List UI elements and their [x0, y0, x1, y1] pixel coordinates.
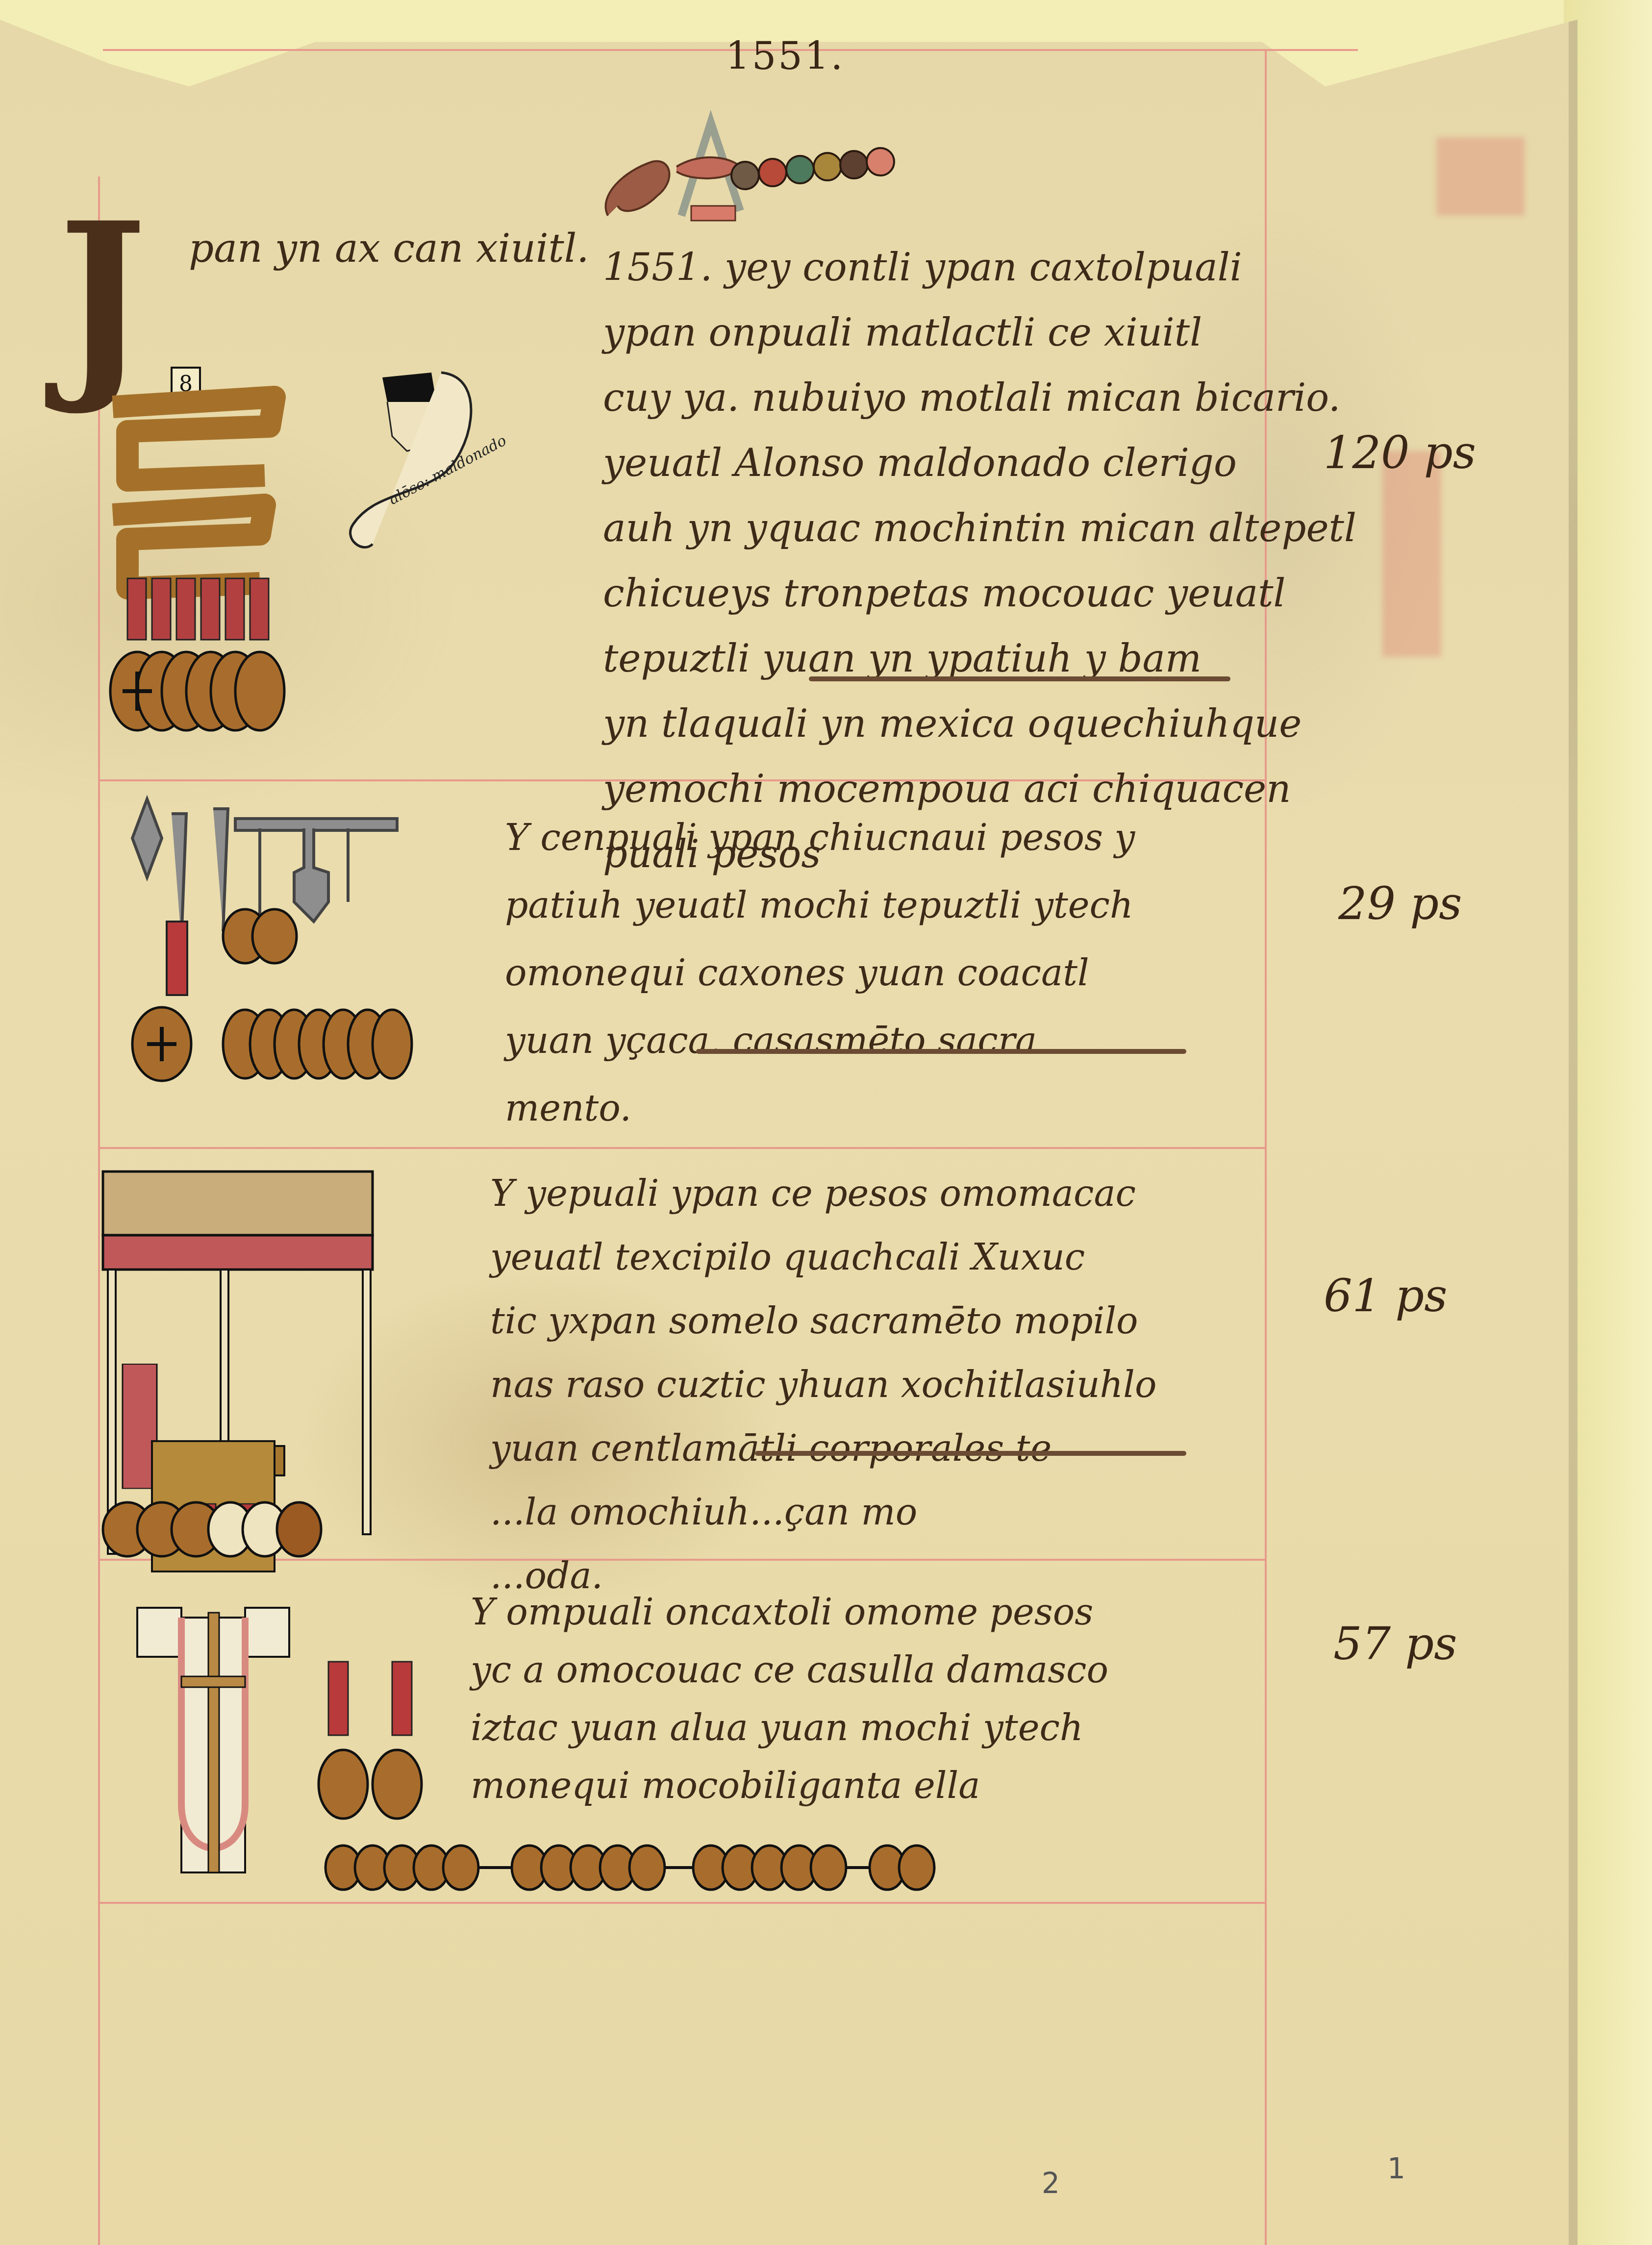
intro-line: pan yn ax can xiuitl. [189, 225, 589, 271]
text-line: tic yxpan somelo sacramēto mopilo [490, 1289, 1156, 1353]
entry-4-amount: 57 ps [1333, 1618, 1457, 1670]
text-line: 1551. yey contli ypan caxtolpuali [603, 235, 1356, 300]
entry-3-text: Y yepuali ypan ce pesos omomacac yeuatl … [490, 1162, 1156, 1608]
bleed-through-stain [1436, 137, 1525, 216]
text-line: nas raso cuztic yhuan xochitlasiuhlo [490, 1353, 1156, 1417]
text-line: Y yepuali ypan ce pesos omomacac [490, 1162, 1156, 1225]
text-line: ...la omochiuh...çan mo [490, 1480, 1156, 1544]
text-line: yuan yçaca. casasmēto sacra [505, 1007, 1135, 1074]
entry-3-underline [755, 1451, 1186, 1456]
text-line: mento. [505, 1074, 1135, 1142]
text-line: cuy ya. nubuiyo motlali mican bicario. [603, 366, 1356, 431]
text-line: yeuatl texcipilo quachcali Xuxuc [490, 1225, 1156, 1289]
text-line: ypan onpuali matlactli ce xiuitl [603, 300, 1356, 366]
year-sign-glyph-icon [593, 88, 858, 250]
entry-1-text: 1551. yey contli ypan caxtolpuali ypan o… [603, 235, 1356, 887]
entry-3-pictograph [98, 1167, 412, 1559]
text-line: yuan centlamātli corporales te [490, 1417, 1156, 1480]
text-line: patiuh yeuatl mochi tepuztli ytech [505, 872, 1135, 939]
entry-4-pictograph [123, 1598, 1201, 1902]
text-line: auh yn yquac mochintin mican altepetl [603, 496, 1356, 561]
year-heading: 1551. [726, 34, 845, 78]
entry-1-underline [809, 676, 1230, 681]
text-line: yeuatl Alonso maldonado clerigo [603, 431, 1356, 496]
text-line: omonequi caxones yuan coacatl [505, 939, 1135, 1007]
ruling-entry-divider [98, 1147, 1265, 1149]
folio-number: 1 [1387, 2152, 1405, 2185]
folio-number: 2 [1042, 2167, 1060, 2200]
entry-3-amount: 61 ps [1324, 1270, 1447, 1322]
text-line: tepuztli yuan yn ypatiuh y bam [603, 626, 1356, 692]
text-line: Y cenpuali ypan chiucnaui pesos y [505, 804, 1135, 872]
entry-2-text: Y cenpuali ypan chiucnaui pesos y patiuh… [505, 804, 1135, 1142]
entry-1-amount: 120 ps [1324, 426, 1476, 479]
ruling-entry-divider [98, 1902, 1265, 1904]
entry-2-underline [696, 1049, 1186, 1054]
text-line: chicueys tronpetas mocouac yeuatl [603, 561, 1356, 626]
bleed-through-stain [1382, 451, 1441, 657]
entry-2-pictograph [113, 779, 534, 1093]
entry-1-pictograph: 8 alōso: maldonado [98, 358, 490, 760]
text-line: yn tlaquali yn mexica oquechiuhque [603, 692, 1356, 757]
entry-2-amount: 29 ps [1338, 877, 1462, 930]
